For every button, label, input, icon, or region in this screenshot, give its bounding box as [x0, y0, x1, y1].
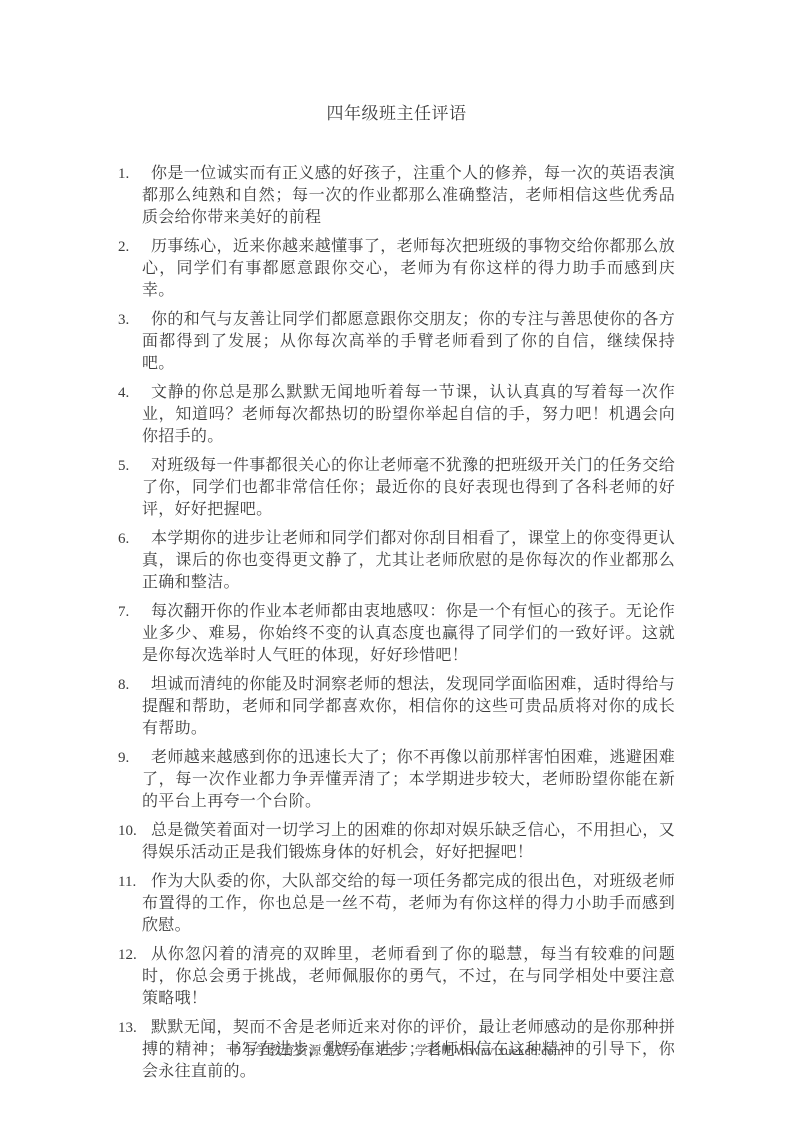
comment-number: 12. [118, 944, 142, 966]
comment-text: 作为大队委的你，大队部交给的每一项任务都完成的很出色，对班级老师布置得的工作，你… [142, 871, 675, 937]
comment-number: 8. [118, 674, 142, 696]
page-title: 四年级班主任评语 [0, 103, 793, 125]
comment-text: 从你忽闪着的清亮的双眸里，老师看到了你的聪慧，每当有较难的问题时，你总会勇于挑战… [142, 944, 675, 1010]
comment-item: 4. 文静的你总是那么默默无闻地听着每一节课，认认真真的写着每一次作业，知道吗？… [118, 382, 675, 448]
comment-item: 10. 总是微笑着面对一切学习上的困难的你却对娱乐缺乏信心，不用担心，又得娱乐活… [118, 820, 675, 864]
comment-item: 9. 老师越来越感到你的迅速长大了；你不再像以前那样害怕困难，逃避困难了，每一次… [118, 747, 675, 813]
comment-number: 10. [118, 820, 142, 842]
comment-text: 每次翻开你的作业本老师都由衷地感叹：你是一个有恒心的孩子。无论作业多少、难易，你… [142, 601, 675, 667]
comment-item: 2. 历事练心，近来你越来越懂事了，老师每次把班级的事物交给你都那么放心，同学们… [118, 236, 675, 302]
comment-number: 7. [118, 601, 142, 623]
comment-number: 1. [118, 163, 142, 185]
comment-number: 2. [118, 236, 142, 258]
comment-text: 文静的你总是那么默默无闻地听着每一节课，认认真真的写着每一次作业，知道吗？老师每… [142, 382, 675, 448]
comment-item: 7. 每次翻开你的作业本老师都由衷地感叹：你是一个有恒心的孩子。无论作业多少、难… [118, 601, 675, 667]
comment-number: 6. [118, 528, 142, 550]
comment-number: 5. [118, 455, 142, 477]
comment-item: 3. 你的和气与友善让同学们都愿意跟你交朋友；你的专注与善思使你的各方面都得到了… [118, 309, 675, 375]
comment-text: 本学期你的进步让老师和同学们都对你刮目相看了，课堂上的你变得更认真，课后的你也变… [142, 528, 675, 594]
comment-text: 对班级每一件事都很关心的你让老师毫不犹豫的把班级开关门的任务交给了你，同学们也都… [142, 455, 675, 521]
comment-item: 1. 你是一位诚实而有正义感的好孩子，注重个人的修养，每一次的英语表演都那么纯熟… [118, 163, 675, 229]
comment-number: 11. [118, 871, 142, 893]
comment-number: 9. [118, 747, 142, 769]
comment-item: 12. 从你忽闪着的清亮的双眸里，老师看到了你的聪慧，每当有较难的问题时，你总会… [118, 944, 675, 1010]
comment-text: 坦诚而清纯的你能及时洞察老师的想法，发现同学面临困难，适时得给与提醒和帮助，老师… [142, 674, 675, 740]
comment-text: 你的和气与友善让同学们都愿意跟你交朋友；你的专注与善思使你的各方面都得到了发展；… [142, 309, 675, 375]
comment-text: 你是一位诚实而有正义感的好孩子，注重个人的修养，每一次的英语表演都那么纯熟和自然… [142, 163, 675, 229]
comment-number: 13. [118, 1017, 142, 1039]
comment-text: 老师越来越感到你的迅速长大了；你不再像以前那样害怕困难，逃避困难了，每一次作业都… [142, 747, 675, 813]
comment-text: 总是微笑着面对一切学习上的困难的你却对娱乐缺乏信心，不用担心，又得娱乐活动正是我… [142, 820, 675, 864]
footer-text: 中小学教育资源免费分享平台 学科吧ｗｗｗ.xueke8.com [0, 1042, 793, 1060]
comment-item: 6. 本学期你的进步让老师和同学们都对你刮目相看了，课堂上的你变得更认真，课后的… [118, 528, 675, 594]
comment-list: 1. 你是一位诚实而有正义感的好孩子，注重个人的修养，每一次的英语表演都那么纯熟… [118, 163, 675, 1090]
comment-item: 8. 坦诚而清纯的你能及时洞察老师的想法，发现同学面临困难，适时得给与提醒和帮助… [118, 674, 675, 740]
document-page: 四年级班主任评语 1. 你是一位诚实而有正义感的好孩子，注重个人的修养，每一次的… [0, 0, 793, 1122]
comment-number: 4. [118, 382, 142, 404]
comment-item: 5. 对班级每一件事都很关心的你让老师毫不犹豫的把班级开关门的任务交给了你，同学… [118, 455, 675, 521]
comment-item: 11. 作为大队委的你，大队部交给的每一项任务都完成的很出色，对班级老师布置得的… [118, 871, 675, 937]
comment-number: 3. [118, 309, 142, 331]
comment-text: 历事练心，近来你越来越懂事了，老师每次把班级的事物交给你都那么放心，同学们有事都… [142, 236, 675, 302]
